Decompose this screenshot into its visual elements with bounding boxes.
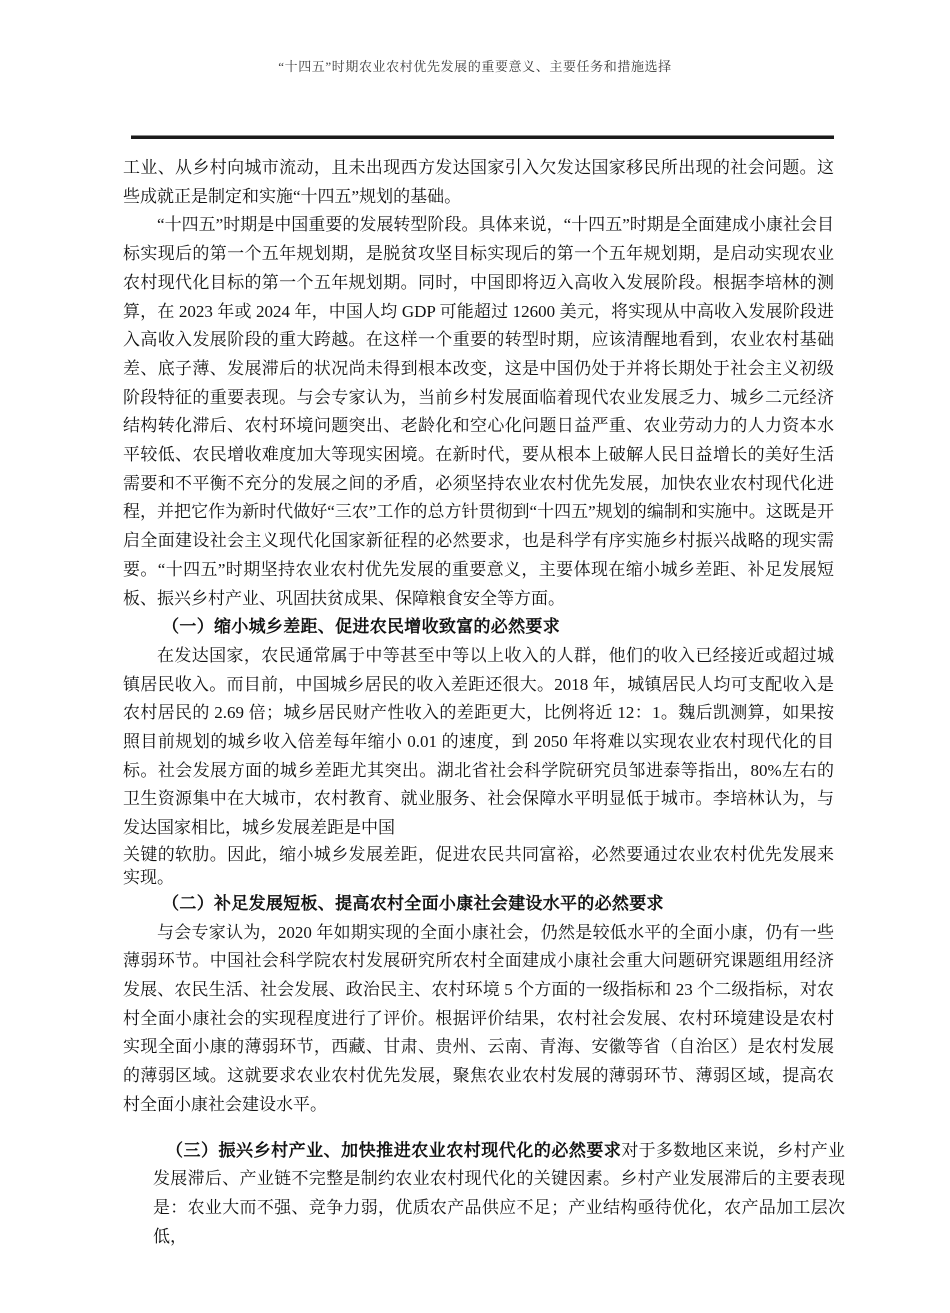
section-heading-3: （三）振兴乡村产业、加快推进农业农村现代化的必然要求 — [166, 1141, 621, 1160]
paragraph-section-1-tail: 关键的软肋。因此，缩小城乡发展差距，促进农民共同富裕，必然要通过农业农村优先发展… — [123, 843, 834, 890]
paragraph-section-1: 在发达国家，农民通常属于中等甚至中等以上收入的人群，他们的收入已经接近或超过城镇… — [123, 642, 834, 843]
page-header-title: “十四五”时期农业农村优先发展的重要意义、主要任务和措施选择 — [0, 56, 950, 75]
section-heading-2: （二）补足发展短板、提高农村全面小康社会建设水平的必然要求 — [123, 890, 834, 919]
document-page: “十四五”时期农业农村优先发展的重要意义、主要任务和措施选择 工业、从乡村向城市… — [0, 0, 950, 1313]
document-body: 工业、从乡村向城市流动，且未出现西方发达国家引入欠发达国家移民所出现的社会问题。… — [123, 154, 834, 1251]
paragraph-section-2: 与会专家认为，2020 年如期实现的全面小康社会，仍然是较低水平的全面小康，仍有… — [123, 919, 834, 1120]
paragraph-continuation: 工业、从乡村向城市流动，且未出现西方发达国家引入欠发达国家移民所出现的社会问题。… — [123, 154, 834, 211]
section-heading-1: （一）缩小城乡差距、促进农民增收致富的必然要求 — [123, 613, 834, 642]
header-divider-rule — [131, 135, 834, 139]
paragraph-section-3: （三）振兴乡村产业、加快推进农业农村现代化的必然要求对于多数地区来说，乡村产业发… — [153, 1137, 845, 1252]
paragraph-transition-period: “十四五”时期是中国重要的发展转型阶段。具体来说，“十四五”时期是全面建成小康社… — [123, 211, 834, 613]
